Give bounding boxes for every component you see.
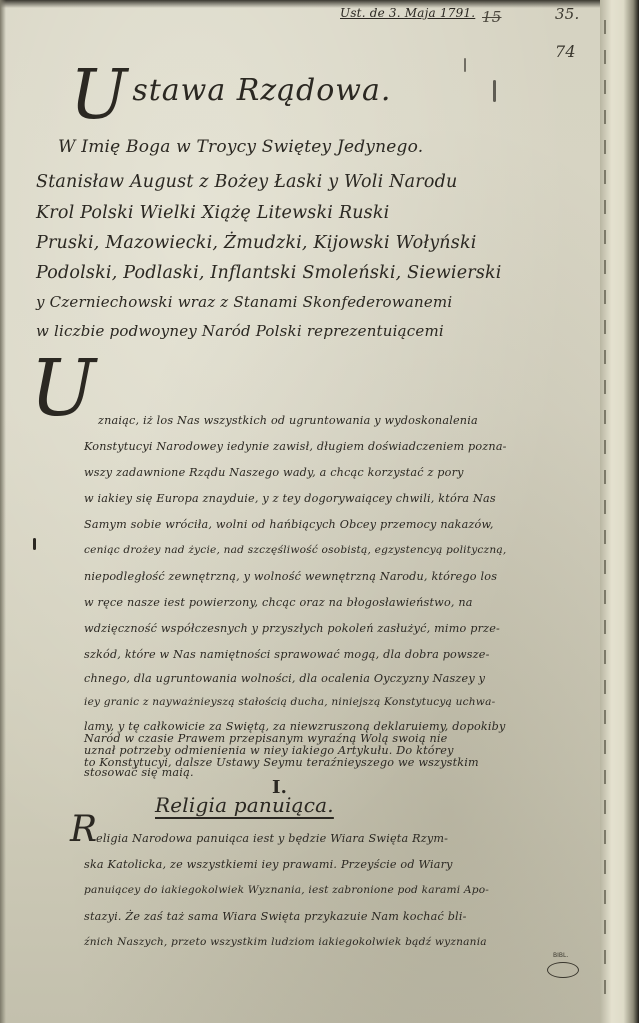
section-line: źnich Naszych, przeto wszystkim ludziom … xyxy=(84,936,487,948)
body-line: Konstytucyi Narodowey iedynie zawisł, dł… xyxy=(84,440,507,453)
page-left-edge xyxy=(0,0,6,1023)
body-line: w iakiey się Europa znayduie, y z tey do… xyxy=(84,492,496,505)
body-line: wdzięczność współczesnych y przyszłych p… xyxy=(84,622,500,635)
preamble-line: Podolski, Podlaski, Inflantski Smoleński… xyxy=(36,263,502,283)
ink-blot xyxy=(33,538,36,550)
ink-blot xyxy=(464,58,466,72)
body-line: szkód, które w Nas namiętności sprawować… xyxy=(84,648,490,661)
folio-mark-crossed: 15 xyxy=(482,8,502,26)
preamble-line: Stanisław August z Bożey Łaski y Woli Na… xyxy=(36,172,457,192)
body-line: znaiąc, iż los Nas wszystkich od ugrunto… xyxy=(98,414,478,427)
binding-stitch-line xyxy=(604,20,606,1000)
title-initial: U xyxy=(70,56,128,135)
body-line: w ręce nasze iest powierzony, chcąc oraz… xyxy=(84,596,473,609)
archive-note: Ust. de 3. Maja 1791. xyxy=(340,6,475,20)
section-title: Religia panuiąca. xyxy=(155,793,334,817)
body-line: Samym sobie wróciła, wolni od hańbiących… xyxy=(84,518,494,531)
invocation-line: W Imię Boga w Troycy Swiętey Jedynego. xyxy=(58,137,423,157)
body-line: niepodległość zewnętrzną, y wolność wewn… xyxy=(84,570,497,583)
folio-mark: 35. xyxy=(555,5,579,23)
title-text: stawa Rządowa. xyxy=(132,73,391,108)
section-line: eligia Narodowa panuiąca iest y będzie W… xyxy=(96,832,448,845)
folio-number: 74 xyxy=(555,42,576,61)
preamble-line: Pruski, Mazowiecki, Żmudzki, Kijowski Wo… xyxy=(36,233,477,253)
preamble-line: y Czerniechowski wraz z Stanami Skonfede… xyxy=(36,293,452,311)
library-stamp xyxy=(547,962,579,978)
preamble-line: w liczbie podwoyney Naród Polski repreze… xyxy=(36,322,444,340)
page-title: Ustawa Rządowa. xyxy=(70,38,391,117)
body-line: stosować się maią. xyxy=(84,766,194,779)
section-line: stazyi. Że zaś taż sama Wiara Swięta prz… xyxy=(84,910,467,923)
section-line: panuiącey do iakiegokolwiek Wyznania, ie… xyxy=(84,884,489,896)
manuscript-page: Ust. de 3. Maja 1791. 15 35. 74 Ustawa R… xyxy=(0,0,639,1023)
body-line: ceniąc drożey nad życie, nad szczęśliwoś… xyxy=(84,544,506,556)
library-stamp-label: BIBL. xyxy=(553,952,568,959)
page-top-shadow xyxy=(0,0,639,8)
body-initial: U xyxy=(30,350,96,428)
body-line: iey granic z nayważnieyszą stałością duc… xyxy=(84,696,495,708)
ink-blot xyxy=(493,80,496,102)
preamble-line: Krol Polski Wielki Xiążę Litewski Ruski xyxy=(36,203,389,223)
section-line: ska Katolicka, ze wszystkiemi iey prawam… xyxy=(84,858,453,871)
body-line: wszy zadawnione Rządu Naszego wady, a ch… xyxy=(84,466,464,479)
section-initial: R xyxy=(70,812,97,848)
body-line: chnego, dla ugruntowania wolności, dla o… xyxy=(84,672,485,685)
